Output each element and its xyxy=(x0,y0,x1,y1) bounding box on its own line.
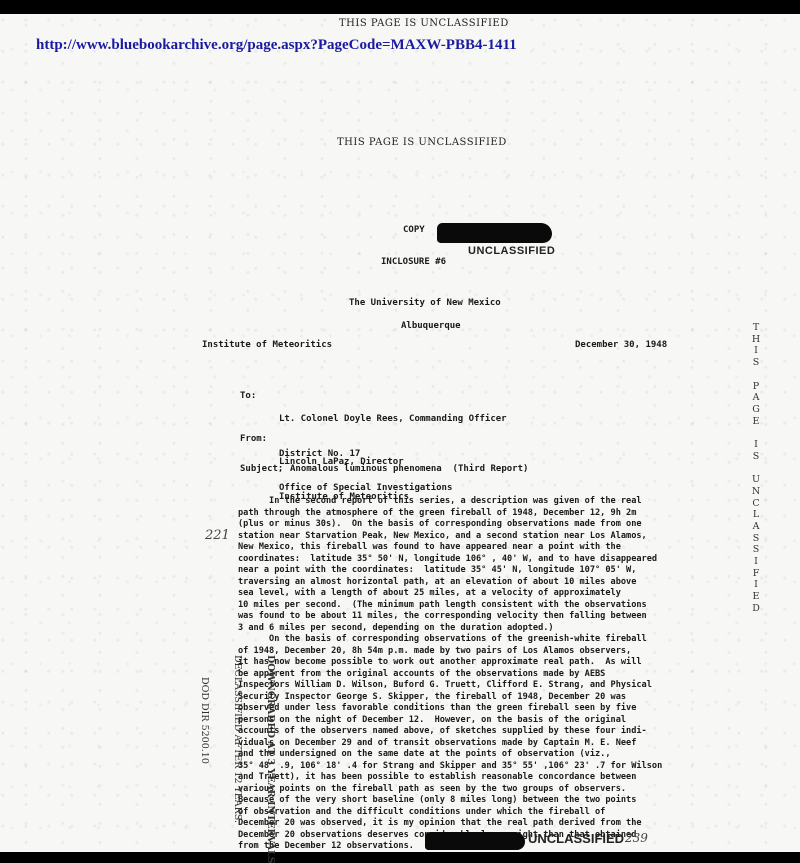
paragraph-line: Inspectors William D. Wilson, Buford G. … xyxy=(238,680,662,692)
paragraph-line: New Mexico, this fireball was found to h… xyxy=(238,542,657,554)
archive-url-link[interactable]: http://www.bluebookarchive.org/page.aspx… xyxy=(36,37,517,54)
side-banner-letter: G xyxy=(748,404,764,416)
to-line: Lt. Colonel Doyle Rees, Commanding Offic… xyxy=(279,414,507,426)
subject-label: Subject; xyxy=(240,464,283,474)
downgrade-notice: DOWNGRADED AT 3 YEAR INTERVALS; DECLASSI… xyxy=(188,655,298,855)
paragraph-line: of observation and the difficult conditi… xyxy=(238,807,662,819)
paragraph-line: be apparent from the original accounts o… xyxy=(238,669,662,681)
paragraph-line: sea level, with a length of about 25 mil… xyxy=(238,588,657,600)
paragraph-line: persons on the night of December 12. How… xyxy=(238,715,662,727)
city-name: Albuquerque xyxy=(401,321,461,331)
letter-date: December 30, 1948 xyxy=(575,340,667,350)
subject-text: Anomalous luminous phenomena (Third Repo… xyxy=(290,464,528,474)
paragraph-line: and the undersigned on the same date at … xyxy=(238,749,662,761)
side-banner-letter: D xyxy=(748,603,764,615)
second-classification-banner: THIS PAGE IS UNCLASSIFIED xyxy=(337,137,507,148)
paragraph-line: near a point with the coordinates: latit… xyxy=(238,565,657,577)
top-classification-banner: THIS PAGE IS UNCLASSIFIED xyxy=(339,18,509,29)
paragraph-line: In the second report of this series, a d… xyxy=(238,496,657,508)
side-banner-letter xyxy=(748,369,764,381)
side-banner-letter: S xyxy=(748,357,764,369)
paragraph-line: 35° 48' .9, 106° 18' .4 for Strang and S… xyxy=(238,761,662,773)
paragraph-line: traversing an almost horizontal path, at… xyxy=(238,577,657,589)
unclassified-stamp: UNCLASSIFIED xyxy=(468,245,555,257)
paragraph-line: station near Starvation Peak, New Mexico… xyxy=(238,531,657,543)
side-banner-letter: L xyxy=(748,509,764,521)
paragraph-line: it has now become possible to work out a… xyxy=(238,657,662,669)
side-banner-letter: A xyxy=(748,521,764,533)
side-banner-letter: A xyxy=(748,392,764,404)
side-banner-letter: N xyxy=(748,486,764,498)
side-banner-letter: H xyxy=(748,334,764,346)
handwritten-margin-note: 221 xyxy=(205,528,230,543)
side-banner-letter: I xyxy=(748,579,764,591)
paragraph-line: accounts of the observers named above, o… xyxy=(238,726,662,738)
paragraph-line: 10 miles per second. (The minimum path l… xyxy=(238,600,657,612)
paragraph-line: of 1948, December 20, 8h 54m p.m. made b… xyxy=(238,646,662,658)
footer-unclassified-stamp: UNCLASSIFIED xyxy=(528,831,624,846)
paragraph-line: 3 and 6 miles per second, depending on t… xyxy=(238,623,657,635)
paragraph-line: path through the atmosphere of the green… xyxy=(238,508,657,520)
side-banner-letter: S xyxy=(748,544,764,556)
side-banner-letter: P xyxy=(748,381,764,393)
paragraph-line: was found to be about 11 miles, the corr… xyxy=(238,611,657,623)
downgrade-line: DOWNGRADED AT 3 YEAR INTERVALS; xyxy=(265,655,276,855)
copy-label: COPY xyxy=(403,225,425,235)
side-banner-letter xyxy=(748,462,764,474)
side-banner-letter xyxy=(748,427,764,439)
university-name: The University of New Mexico xyxy=(349,298,501,308)
page-number: 239 xyxy=(625,831,648,845)
scan-border xyxy=(0,852,800,863)
downgrade-line: DECLASSIFIED AFTER 12 YEARS. xyxy=(232,655,243,855)
institute-name: Institute of Meteoritics xyxy=(202,340,332,350)
footer-redaction-bar xyxy=(425,832,525,850)
redaction-bar xyxy=(437,223,552,243)
paragraph-1: In the second report of this series, a d… xyxy=(238,496,657,634)
side-banner-letter: S xyxy=(748,533,764,545)
to-label: To: xyxy=(240,391,256,401)
inclosure-label: INCLOSURE #6 xyxy=(381,257,446,267)
side-banner-letter: C xyxy=(748,498,764,510)
side-classification-banner: THIS PAGE IS UNCLASSIFIED xyxy=(748,322,764,615)
side-banner-letter: T xyxy=(748,322,764,334)
paragraph-line: observed under less favorable conditions… xyxy=(238,703,662,715)
side-banner-letter: I xyxy=(748,556,764,568)
downgrade-line: DOD DIR 5200.10 xyxy=(199,655,210,855)
paragraph-line: On the basis of corresponding observatio… xyxy=(238,634,662,646)
paragraph-line: Because of the very short baseline (only… xyxy=(238,795,662,807)
paragraph-line: December 20 was observed, it is my opini… xyxy=(238,818,662,830)
paragraph-line: (plus or minus 30s). On the basis of cor… xyxy=(238,519,657,531)
paragraph-line: various points on the fireball path as s… xyxy=(238,784,662,796)
side-banner-letter: S xyxy=(748,451,764,463)
paragraph-line: and Truett), it has been possible to est… xyxy=(238,772,662,784)
paragraph-line: viduals on December 29 and of transit ob… xyxy=(238,738,662,750)
side-banner-letter: F xyxy=(748,568,764,580)
paragraph-line: Security Inspector George S. Skipper, th… xyxy=(238,692,662,704)
side-banner-letter: U xyxy=(748,474,764,486)
side-banner-letter: I xyxy=(748,345,764,357)
side-banner-letter: E xyxy=(748,591,764,603)
side-banner-letter: I xyxy=(748,439,764,451)
paragraph-line: coordinates: latitude 35° 50' N, longitu… xyxy=(238,554,657,566)
paragraph-2: On the basis of corresponding observatio… xyxy=(238,634,662,853)
side-banner-letter: E xyxy=(748,416,764,428)
from-label: From: xyxy=(240,434,267,444)
